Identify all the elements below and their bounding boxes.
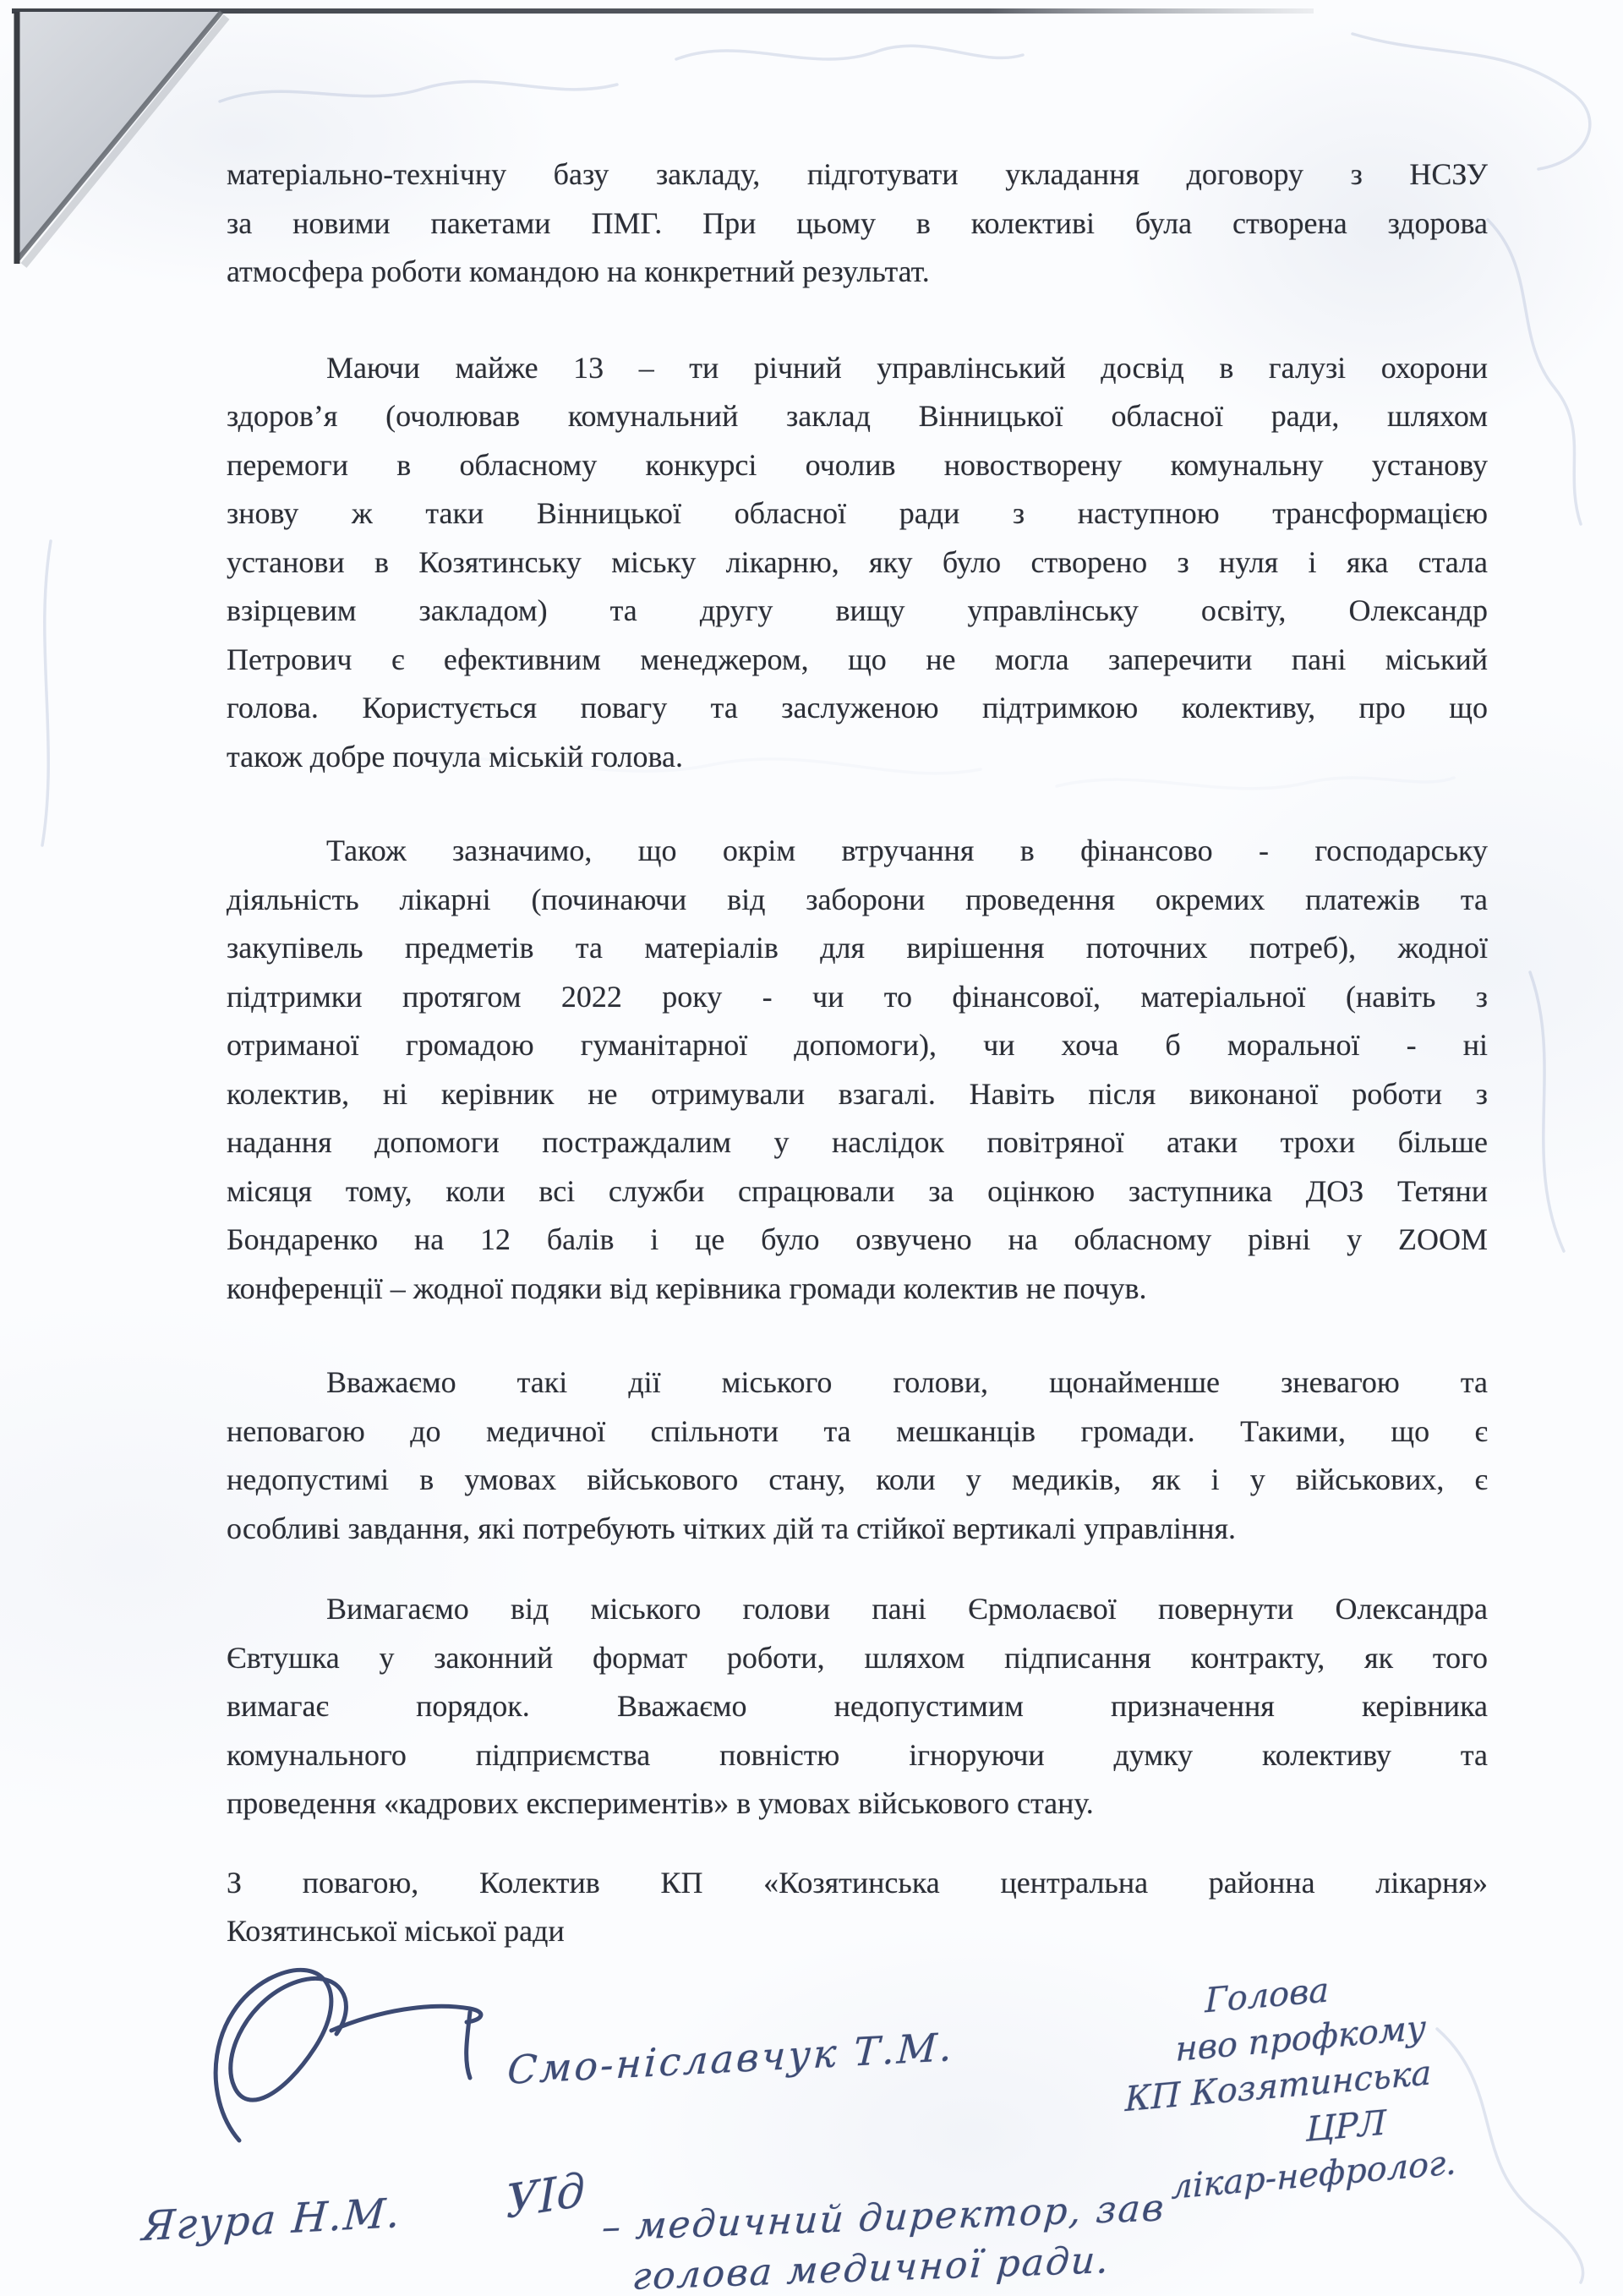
text-line: діяльність лікарні (починаючи від заборо… xyxy=(227,876,1488,925)
text-line: Козятинської міської ради xyxy=(227,1907,1488,1956)
text-line: установи в Козятинську міську лікарню, я… xyxy=(227,538,1488,588)
paragraph: матеріально-технічну базу закладу, підго… xyxy=(227,150,1488,297)
folded-corner xyxy=(17,12,227,265)
text-line: здоров’я (очолював комунальний заклад Ві… xyxy=(227,392,1488,441)
text-line: Також зазначимо, що окрім втручання в фі… xyxy=(227,827,1488,876)
handwritten-signature-bottom-middle: УІд xyxy=(505,2162,586,2228)
text-line: вимагає порядок. Вважаємо недопустимим п… xyxy=(227,1682,1488,1731)
handwritten-name-bottom-left: Ягура Н.М. xyxy=(140,2189,403,2250)
paragraph: Вимагаємо від міського голови пані Єрмол… xyxy=(227,1585,1488,1829)
text-line: Бондаренко на 12 балів і це було озвучен… xyxy=(227,1216,1488,1265)
text-line: атмосфера роботи командою на конкретний … xyxy=(227,248,1488,297)
handwritten-title-bottom-last: голова медичної ради. xyxy=(631,2239,1112,2296)
text-line: перемоги в обласному конкурсі очолив нов… xyxy=(227,441,1488,490)
text-line: взірцевим закладом) та другу вищу управл… xyxy=(227,587,1488,636)
text-line: підтримки протягом 2022 року - чи то фін… xyxy=(227,973,1488,1022)
text-line: також добре почула міській голова. xyxy=(227,733,1488,782)
signature-flourish xyxy=(216,1970,481,2140)
text-line: особливі завдання, які потребують чітких… xyxy=(227,1505,1488,1554)
text-line: колектив, ні керівник не отримували взаг… xyxy=(227,1070,1488,1119)
handwritten-name-middle: Смо-ніславчук Т.М. xyxy=(506,2024,955,2093)
text-line: комунального підприємства повністю ігнор… xyxy=(227,1731,1488,1780)
paragraph: Маючи майже 13 – ти річний управлінський… xyxy=(227,344,1488,782)
paragraph: З повагою, Колектив КП «Козятинська цент… xyxy=(227,1859,1488,1956)
letter-body: матеріально-технічну базу закладу, підго… xyxy=(227,150,1488,1956)
scan-top-edge xyxy=(12,8,1314,14)
text-line: недопустимі в умовах військового стану, … xyxy=(227,1456,1488,1505)
text-line: надання допомоги постраждалим у наслідок… xyxy=(227,1118,1488,1167)
scanned-letter-page: матеріально-технічну базу закладу, підго… xyxy=(0,0,1623,2296)
paragraph: Вважаємо такі дії міського голови, щонай… xyxy=(227,1358,1488,1553)
text-line: Петрович є ефективним менеджером, що не … xyxy=(227,636,1488,685)
text-line: Вимагаємо від міського голови пані Єрмол… xyxy=(227,1585,1488,1634)
text-line: проведення «кадрових експериментів» в ум… xyxy=(227,1779,1488,1829)
text-line: Маючи майже 13 – ти річний управлінський… xyxy=(227,344,1488,393)
text-line: матеріально-технічну базу закладу, підго… xyxy=(227,150,1488,200)
handwritten-title-block: Голованво профкомуКП КозятинськаЦРЛлікар… xyxy=(1125,1956,1456,2214)
paragraph: Також зазначимо, що окрім втручання в фі… xyxy=(227,827,1488,1313)
text-line: закупівель предметів та матеріалів для в… xyxy=(227,924,1488,973)
text-line: місяця тому, коли всі служби спрацювали … xyxy=(227,1167,1488,1216)
text-line: Євтушка у законний формат роботи, шляхом… xyxy=(227,1634,1488,1683)
text-line: конференції – жодної подяки від керівник… xyxy=(227,1265,1488,1314)
text-line: знову ж таки Вінницької обласної ради з … xyxy=(227,489,1488,538)
text-line: голова. Користується повагу та заслужено… xyxy=(227,684,1488,733)
text-line: Вважаємо такі дії міського голови, щонай… xyxy=(227,1358,1488,1408)
text-line: за новими пакетами ПМГ. При цьому в коле… xyxy=(227,200,1488,249)
text-line: отриманої громадою гуманітарної допомоги… xyxy=(227,1021,1488,1070)
text-line: З повагою, Колектив КП «Козятинська цент… xyxy=(227,1859,1488,1908)
text-line: неповагою до медичної спільноти та мешка… xyxy=(227,1408,1488,1457)
